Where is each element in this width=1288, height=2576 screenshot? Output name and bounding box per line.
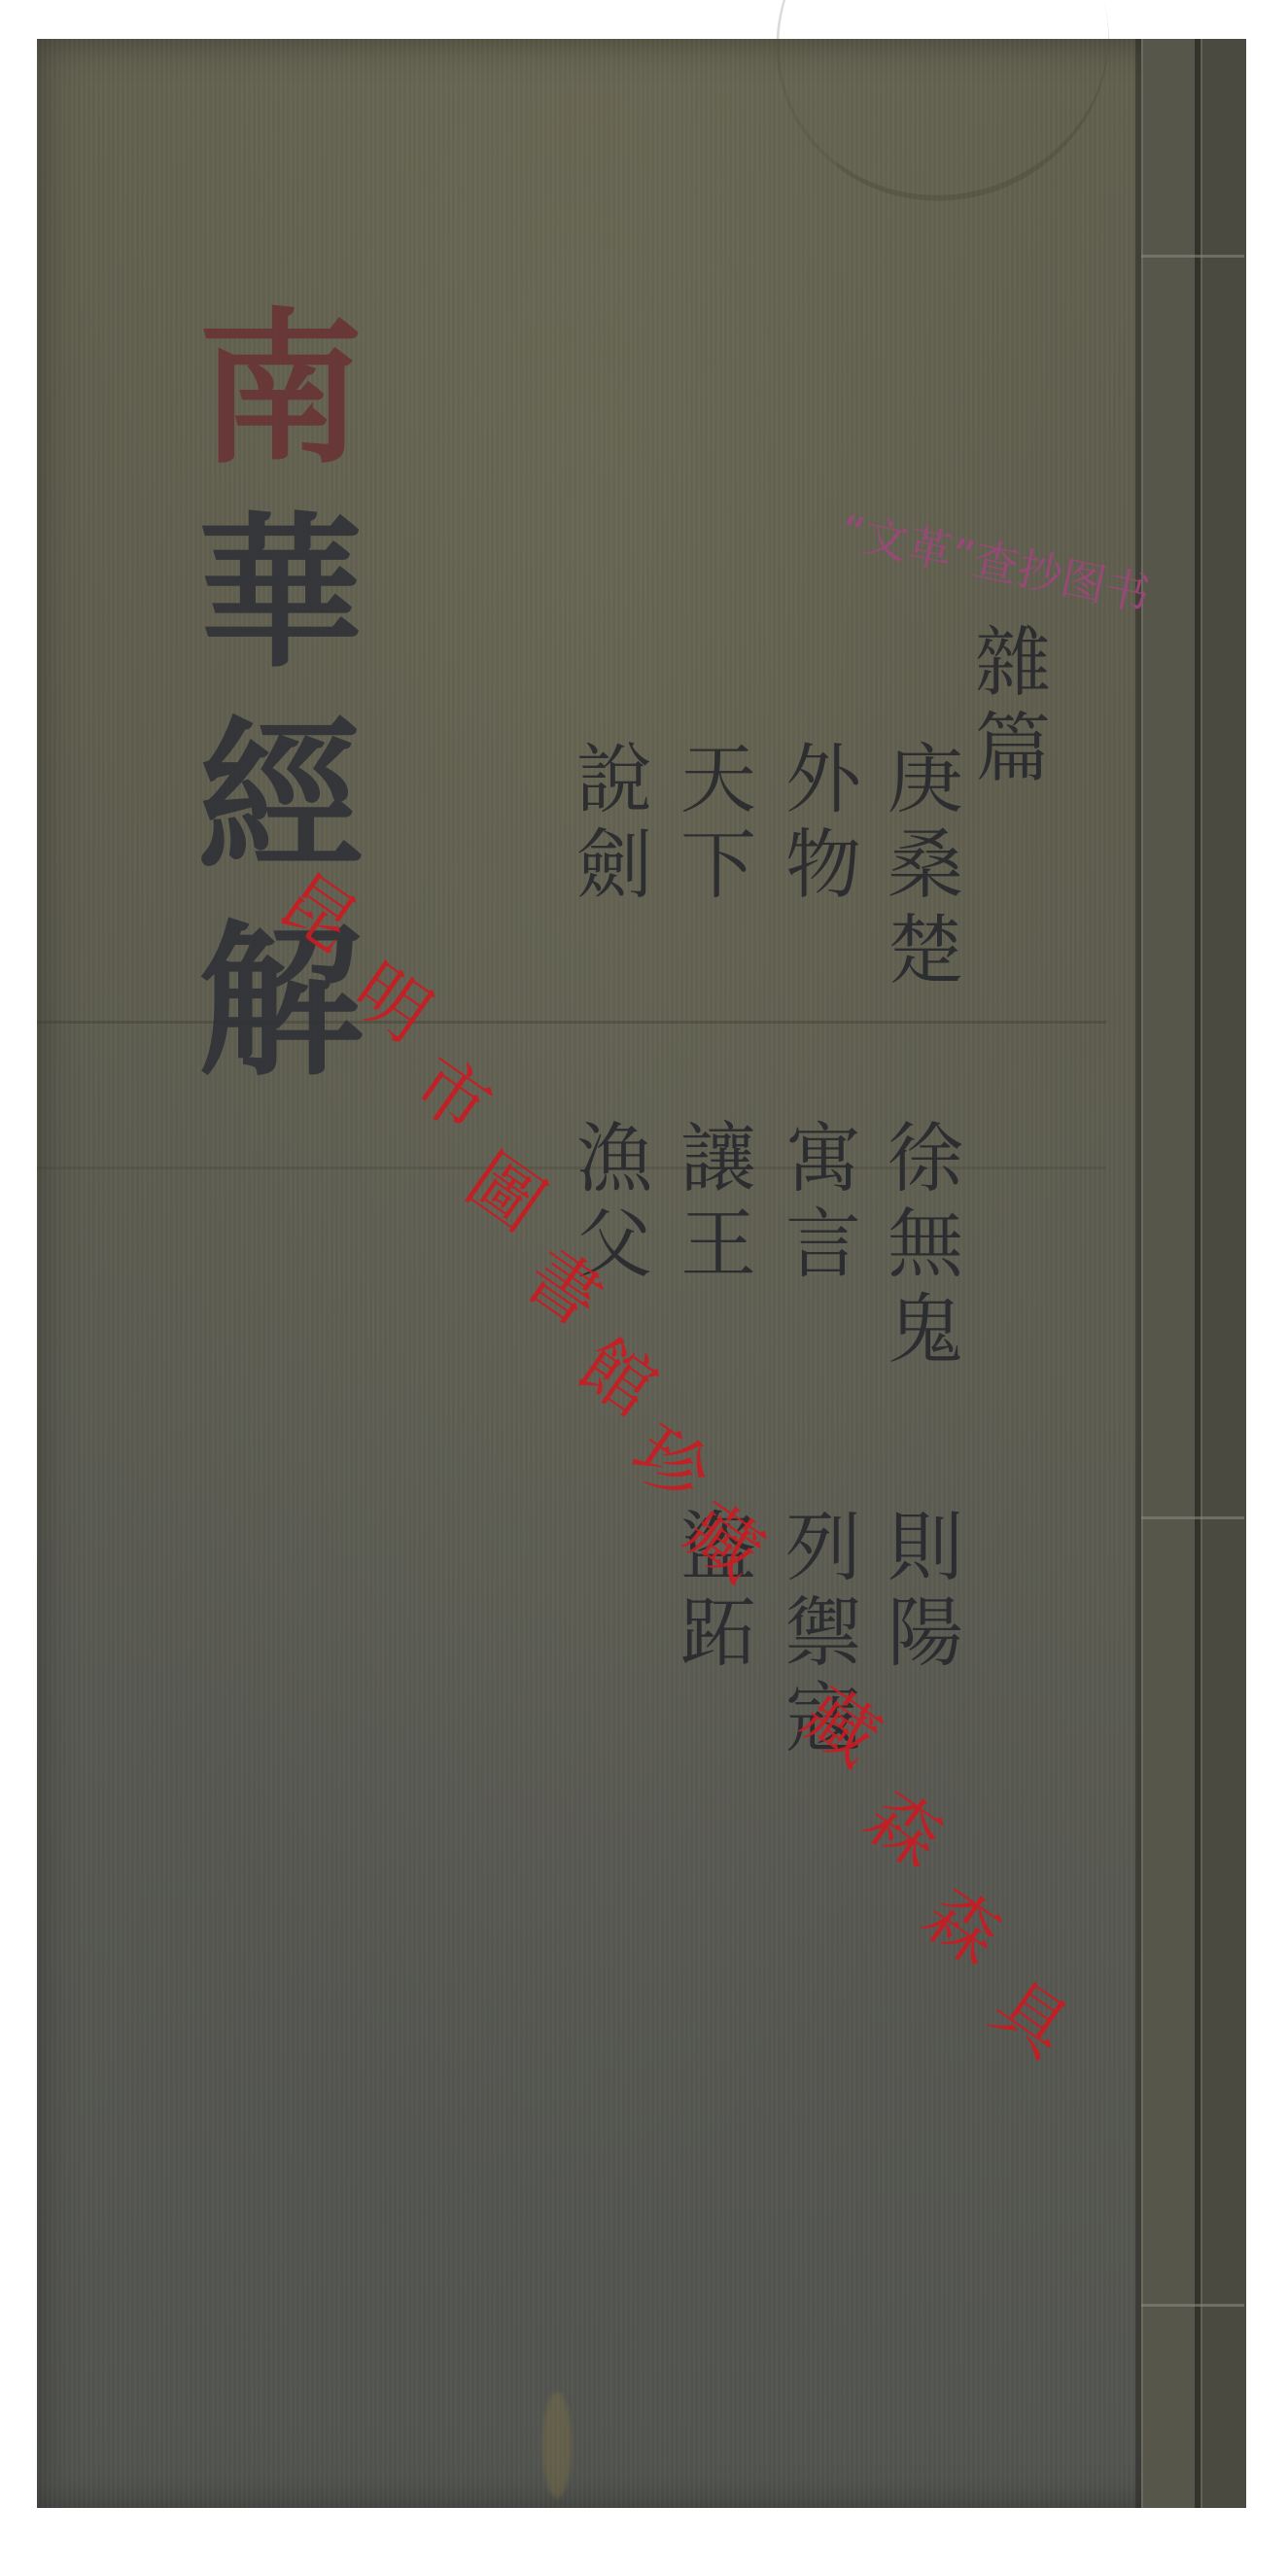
chapter-title: 則陽 [881,1507,957,1678]
stamp-char: 館 [567,1327,667,1427]
chapter-title: 徐無鬼 [881,1118,957,1375]
chapter-title: 寓言 [779,1118,854,1289]
cultural-revolution-stamp: “文革”查抄图书 [835,496,1156,624]
binding-stitch [1141,2304,1244,2307]
binding-spine [1201,39,1246,2508]
binding-stitch [1141,1516,1244,1519]
stamp-char: 市 [401,1045,502,1145]
stamp-char: 具 [980,1968,1080,2069]
chapter-title: 庚桑楚 [881,739,957,995]
chapter-title: 說劍 [570,739,645,910]
chapter-title: 讓王 [674,1118,749,1289]
stamp-char: 圖 [455,1142,555,1242]
title-char: 南 [169,301,362,505]
stamp-char: 森 [912,1876,1012,1976]
book-cover: 南華經解 “文革”查抄图书 雜篇 庚桑楚 徐無鬼 則陽 外物 寓言 列禦寇 天下… [37,39,1244,2508]
title-char: 華 [169,505,362,710]
stamp-char: 珍 [620,1414,720,1514]
chapter-title: 外物 [779,739,854,910]
stain [542,2391,572,2498]
stamp-char: 森 [853,1779,954,1879]
book-title: 南華經解 [183,301,348,1118]
binding-stitch [1141,255,1244,258]
paper-fold [741,0,1145,238]
binding-panel [1141,39,1197,2508]
chapter-title: 天下 [674,739,749,910]
section-label: 雜篇 [968,622,1044,793]
